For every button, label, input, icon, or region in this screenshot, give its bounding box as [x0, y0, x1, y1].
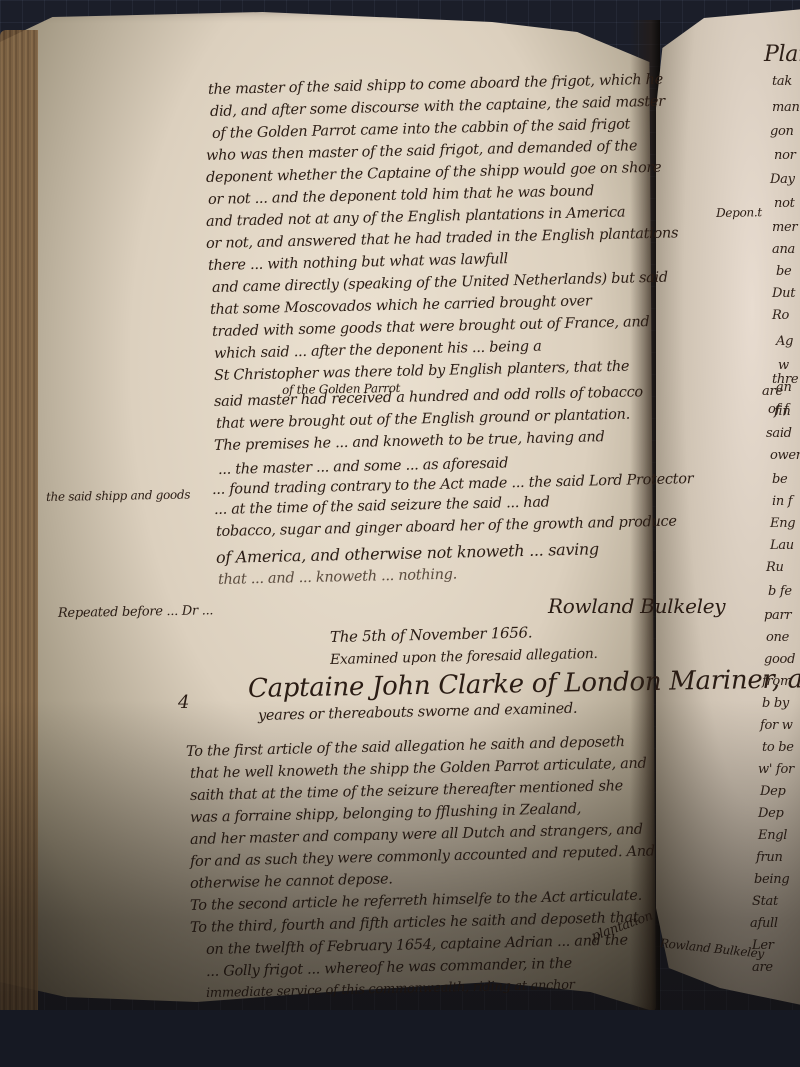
right-line: one [766, 630, 789, 645]
right-line: in f [772, 494, 792, 509]
right-page-first-word: Plan... [764, 42, 800, 67]
right-line: man [772, 100, 800, 115]
right-margin-note: Depon.t [716, 205, 762, 220]
right-line: afull [750, 916, 778, 931]
right-line: Ro [772, 308, 789, 323]
right-line: Dut [772, 286, 795, 301]
right-line: not [774, 196, 795, 211]
right-line: gon [770, 124, 794, 139]
right-line: frun [756, 850, 783, 865]
right-line: Ru [766, 560, 784, 575]
right-line: being [754, 872, 789, 887]
right-line: said [766, 426, 792, 441]
right-line: Stat [752, 894, 778, 909]
right-line: ana [772, 242, 795, 257]
right-line: Dep [760, 784, 786, 799]
right-line: b fe [768, 584, 792, 599]
deposition-line: immediate service of this commonwealth, … [206, 978, 575, 1001]
right-line: of f [768, 402, 788, 417]
right-line: be [776, 264, 791, 279]
right-line: nor [774, 148, 796, 163]
right-line: w [778, 358, 789, 373]
right-line: from [762, 674, 792, 689]
right-line: Engl [758, 828, 787, 843]
right-line: for w [760, 718, 793, 733]
right-line: Eng [770, 516, 795, 531]
table-background [0, 1010, 800, 1067]
right-line: Lau [770, 538, 794, 553]
right-line: Day [770, 172, 795, 187]
right-line: mer [772, 220, 797, 235]
right-line: ower [770, 448, 800, 463]
right-line: Ag [776, 334, 793, 349]
right-line: be [772, 472, 787, 487]
right-line: b by [762, 696, 789, 711]
right-line: are [752, 960, 773, 975]
photo-stage: the master of the said shipp to come abo… [0, 0, 800, 1067]
right-line: good [764, 652, 795, 667]
deposition-body-lower: immediate service of this commonwealth, … [0, 0, 800, 1067]
right-line: tak [772, 74, 792, 89]
right-line: to be [762, 740, 794, 755]
right-line: are [762, 384, 783, 399]
right-line: Dep [758, 806, 784, 821]
right-line: w' for [758, 762, 794, 777]
right-line: parr [764, 608, 791, 623]
